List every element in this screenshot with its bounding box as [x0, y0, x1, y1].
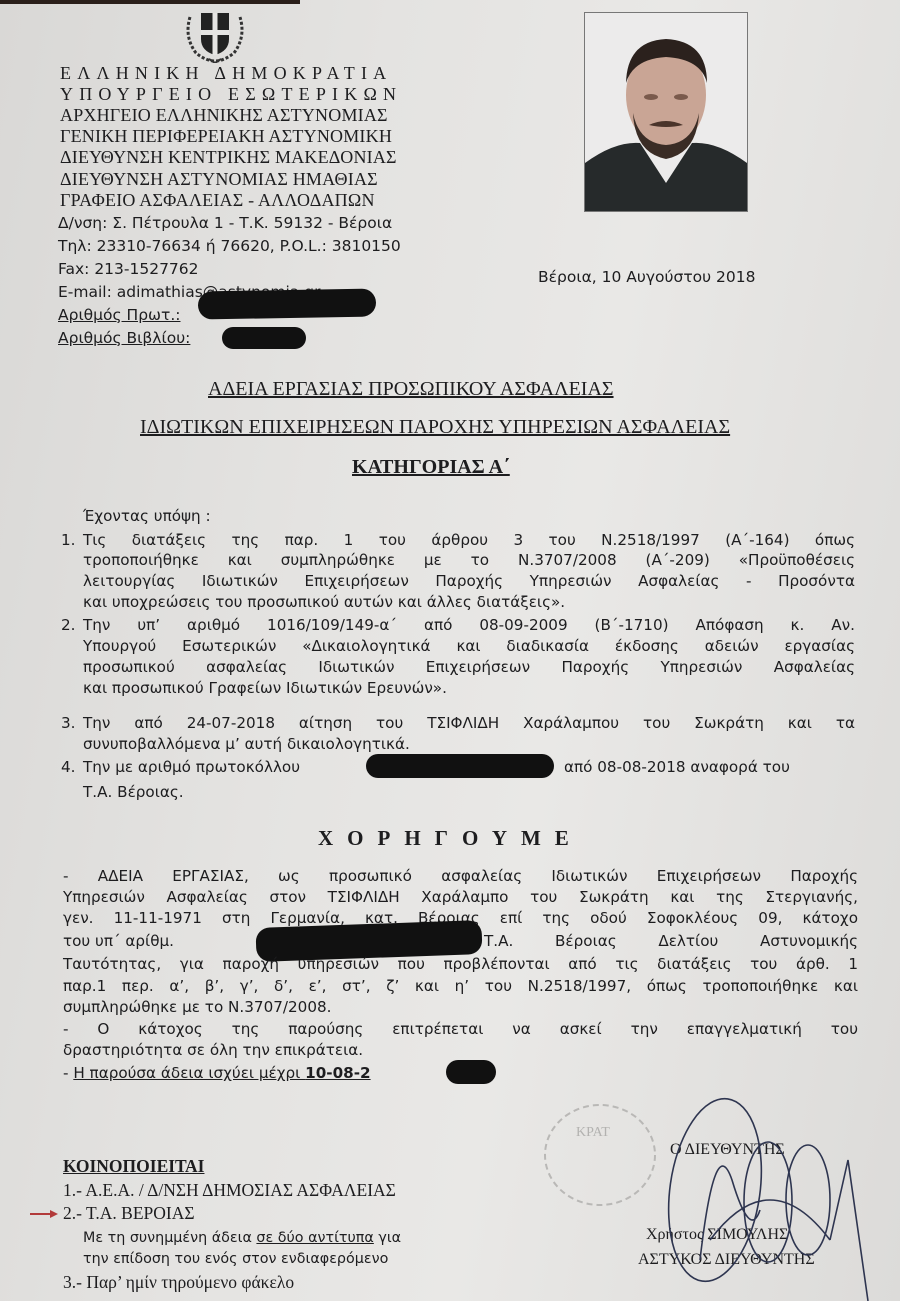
redaction-book-number: [222, 327, 306, 349]
holder-line: δραστηριότητα σε όλη την επικράτεια.: [63, 1040, 363, 1060]
validity-text: Η παρούσα άδεια ισχύει μέχρι: [73, 1064, 305, 1082]
validity-prefix: -: [63, 1064, 73, 1082]
notify-item-2: 2.- Τ.Α. ΒΕΡΟΙΑΣ: [63, 1203, 195, 1224]
note-text: Με τη συνημμένη άδεια: [83, 1230, 256, 1246]
book-number-label: Αριθμός Βιβλίου:: [58, 327, 190, 349]
redaction-protocol-number: [198, 288, 376, 319]
protocol-number-label: Αριθμός Πρωτ.:: [58, 304, 181, 326]
grant-heading: ΧΟΡΗΓΟΥΜΕ: [318, 826, 583, 851]
validity-date: 10-08-2: [305, 1064, 370, 1082]
notify-heading: ΚΟΙΝΟΠΟΙΕΙΤΑΙ: [63, 1156, 204, 1177]
considering-item-4-after: από 08-08-2018 αναφορά του: [564, 757, 790, 777]
header-line: ΥΠΟΥΡΓΕΙΟ ΕΣΩΤΕΡΙΚΩΝ: [60, 85, 402, 105]
notify-item-2-note: Με τη συνημμένη άδεια σε δύο αντίτυπα γι…: [83, 1228, 401, 1248]
note-text: για: [374, 1230, 401, 1246]
redaction-protocol-reference: [366, 754, 554, 778]
header-line: ΔΙΕΥΘΥΝΣΗ ΑΣΤΥΝΟΜΙΑΣ ΗΜΑΘΙΑΣ: [60, 170, 378, 190]
fax: Fax: 213-1527762: [58, 258, 199, 280]
applicant-photo: [584, 12, 748, 212]
phone: Τηλ: 23310-76634 ή 76620, P.O.L.: 381015…: [58, 235, 401, 257]
considering-item-3-line: Την από 24-07-2018 αίτηση του ΤΣΙΦΛΙΔΗ Χ…: [83, 713, 855, 733]
header-line: ΔΙΕΥΘΥΝΣΗ ΚΕΝΤΡΙΚΗΣ ΜΑΚΕΔΟΝΙΑΣ: [60, 148, 397, 168]
considering-item-4-line2: Τ.Α. Βέροιας.: [83, 782, 184, 802]
item-number: 2.: [61, 615, 76, 635]
considering-item-2-line: Υπουργού Εσωτερικών «Δικαιολογητικά και …: [83, 636, 855, 656]
title-line-1: ΑΔΕΙΑ ΕΡΓΑΣΙΑΣ ΠΡΟΣΩΠΙΚΟΥ ΑΣΦΑΛΕΙΑΣ: [208, 378, 614, 401]
photo-edge-shadow: [0, 0, 300, 4]
grant-line: Υπηρεσιών Ασφαλείας στον ΤΣΙΦΛΙΔΗ Χαράλα…: [63, 887, 858, 907]
address: Δ/νση: Σ. Πέτρουλα 1 - Τ.Κ. 59132 - Βέρο…: [58, 212, 392, 234]
header-line: ΓΕΝΙΚΗ ΠΕΡΙΦΕΡΕΙΑΚΗ ΑΣΤΥΝΟΜΙΚΗ: [60, 127, 392, 147]
considering-item-1-line: Τις διατάξεις της παρ. 1 του άρθρου 3 το…: [83, 530, 855, 550]
title-category: ΚΑΤΗΓΟΡΙΑΣ Α΄: [352, 456, 510, 479]
notify-item-1: 1.- Α.Ε.Α. / Δ/ΝΣΗ ΔΗΜΟΣΙΑΣ ΑΣΦΑΛΕΙΑΣ: [63, 1180, 396, 1201]
document-date: Βέροια, 10 Αυγούστου 2018: [538, 268, 755, 286]
considering-item-2-line: προσωπικού ασφαλείας Ιδιωτικών Επιχειρήσ…: [83, 657, 855, 677]
considering-item-1-line: λειτουργίας Ιδιωτικών Επιχειρήσεων Παροχ…: [83, 571, 855, 591]
redaction-expiry-year: [446, 1060, 496, 1084]
notify-item-3: 3.- Παρ’ ημίν τηρούμενο φάκελο: [63, 1272, 294, 1293]
considering-intro: Έχοντας υπόψη :: [83, 506, 211, 526]
arrow-right-icon: [30, 1209, 60, 1219]
header-line: ΑΡΧΗΓΕΙΟ ΕΛΛΗΝΙΚΗΣ ΑΣΤΥΝΟΜΙΑΣ: [60, 106, 388, 126]
holder-line: - Ο κάτοχος της παρούσης επιτρέπεται να …: [63, 1019, 858, 1039]
considering-item-3-line: συνυποβαλλόμενα μ’ αυτή δικαιολογητικά.: [83, 734, 410, 754]
considering-item-4-before: Την με αριθμό πρωτοκόλλου: [83, 757, 300, 777]
considering-item-2-line: Την υπ’ αριθμό 1016/109/149-α΄ από 08-09…: [83, 615, 855, 635]
grant-line: παρ.1 περ. α’, β’, γ’, δ’, ε’, στ’, ζ’ κ…: [63, 976, 858, 996]
grant-line: συμπληρώθηκε με το Ν.3707/2008.: [63, 997, 332, 1017]
considering-item-1-line: και υποχρεώσεις του προσωπικού αυτών και…: [83, 592, 565, 612]
header-line: ΓΡΑΦΕΙΟ ΑΣΦΑΛΕΙΑΣ - ΑΛΛΟΔΑΠΩΝ: [60, 191, 375, 211]
coat-of-arms-icon: [182, 7, 248, 63]
title-line-2: ΙΔΙΩΤΙΚΩΝ ΕΠΙΧΕΙΡΗΣΕΩΝ ΠΑΡΟΧΗΣ ΥΠΗΡΕΣΙΩΝ…: [140, 416, 730, 439]
portrait-image: [585, 13, 747, 211]
note-text-underlined: σε δύο αντίτυπα: [256, 1230, 373, 1246]
item-number: 4.: [61, 757, 76, 777]
grant-line-4-after: Τ.Α. Βέροιας Δελτίου Αστυνομικής: [484, 931, 858, 951]
notify-item-2-note-line2: την επίδοση του ενός στον ενδιαφερόμενο: [83, 1249, 388, 1269]
validity-line: - Η παρούσα άδεια ισχύει μέχρι 10-08-2: [63, 1063, 371, 1083]
svg-text:ΚΡΑΤ: ΚΡΑΤ: [576, 1125, 610, 1140]
grant-line: - ΑΔΕΙΑ ΕΡΓΑΣΙΑΣ, ως προσωπικό ασφαλείας…: [63, 866, 858, 886]
grant-line: Ταυτότητας, για παροχή υπηρεσιών που προ…: [63, 954, 858, 974]
grant-line-4-before: του υπ΄ αρίθμ.: [63, 931, 174, 951]
item-number: 3.: [61, 713, 76, 733]
header-line: ΕΛΛΗΝΙΚΗ ΔΗΜΟΚΡΑΤΙΑ: [60, 64, 392, 84]
considering-item-1-line: τροποποιήθηκε και συμπληρώθηκε με το Ν.3…: [83, 550, 855, 570]
item-number: 1.: [61, 530, 76, 550]
considering-item-2-line: και προσωπικού Γραφείων Ιδιωτικών Ερευνώ…: [83, 678, 447, 698]
handwritten-signature-icon: [640, 1090, 880, 1301]
